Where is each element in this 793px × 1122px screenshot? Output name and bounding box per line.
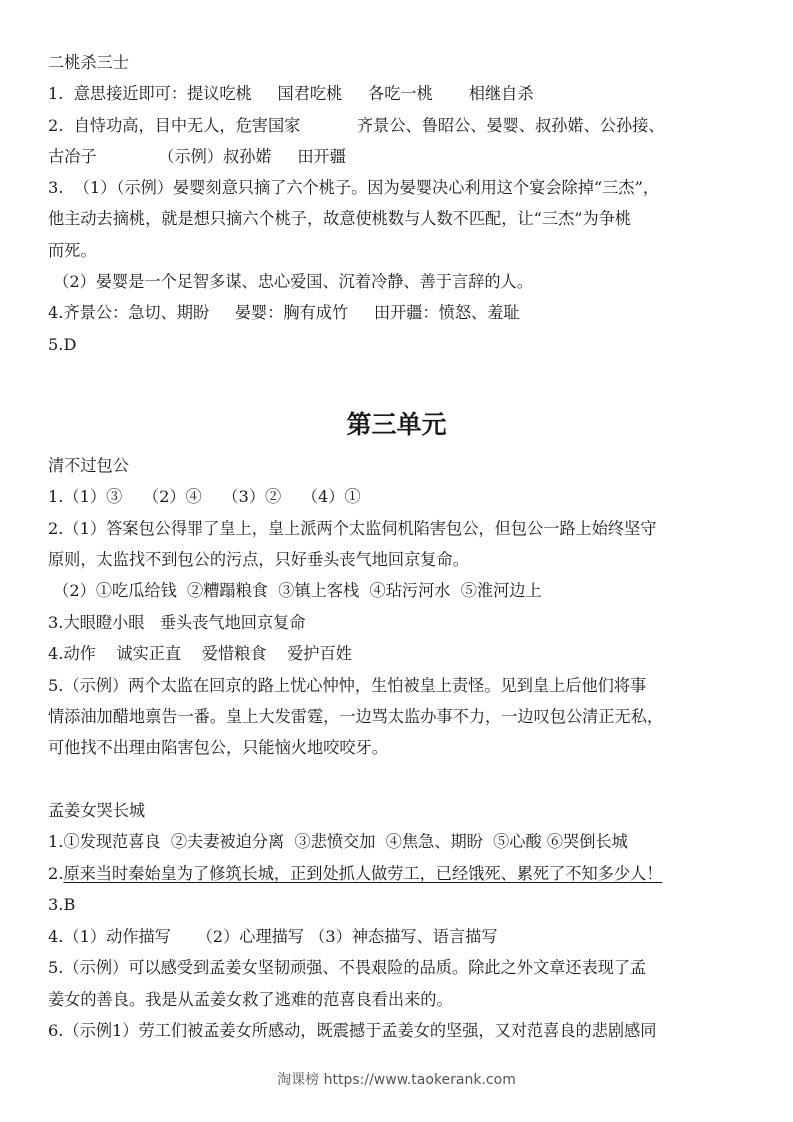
footer-watermark: 淘课榜 https://www.taokerank.com: [0, 1070, 793, 1090]
answer-line: 1. 意思接近即可：提议吃桃 国君吃桃 各吃一桃 相继自杀: [48, 83, 534, 105]
answer-line: （2）晏婴是一个足智多谋、忠心爱国、沉着冷静、善于言辞的人。: [48, 271, 533, 293]
section-title-mengjiangnu: 孟姜女哭长城: [48, 800, 145, 822]
document-page: 二桃杀三士 1. 意思接近即可：提议吃桃 国君吃桃 各吃一桃 相继自杀 2. 自…: [0, 0, 793, 1122]
answer-line: 姜女的善良。我是从孟姜女救了逃难的范喜良看出来的。: [48, 989, 453, 1011]
answer-line: 而死。: [48, 240, 97, 262]
answer-line: 4.动作 诚实正直 爱惜粮食 爱护百姓: [48, 643, 352, 665]
answer-line: 2. 自恃功高，目中无人，危害国家 齐景公、鲁昭公、晏婴、叔孙婼、公孙接、: [48, 115, 665, 137]
section-title-baogong: 清不过包公: [48, 455, 129, 477]
answer-line: 原则，太监找不到包公的污点，只好垂头丧气地回京复命。: [48, 549, 469, 571]
line-prefix: 2.: [48, 864, 63, 883]
answer-line: 4.齐景公：急切、期盼 晏婴：胸有成竹 田开疆：愤怒、羞耻: [48, 302, 520, 324]
answer-line: 6.（示例1）劳工们被孟姜女所感动，既震撼于孟姜女的坚强，又对范喜良的悲剧感同: [48, 1020, 657, 1042]
answer-line: 1.①发现范喜良 ②夫妻被迫分离 ③悲愤交加 ④焦急、期盼 ⑤心酸 ⑥哭倒长城: [48, 831, 628, 853]
answer-line: 3. （1）（示例）晏婴刻意只摘了六个桃子。因为晏婴决心利用这个宴会除掉“三杰”…: [48, 177, 659, 199]
answer-line: 5.D: [48, 334, 76, 356]
answer-line: 他主动去摘桃，就是想只摘六个桃子，故意使桃数与人数不匹配，让“三杰”为争桃: [48, 208, 631, 230]
answer-line-underlined: 2.原来当时秦始皇为了修筑长城，正到处抓人做劳工，已经饿死、累死了不知多少人！: [48, 863, 662, 885]
answer-line: 可他找不出理由陷害包公，只能恼火地咬咬牙。: [48, 737, 388, 759]
underlined-answer: 原来当时秦始皇为了修筑长城，正到处抓人做劳工，已经饿死、累死了不知多少人！: [63, 864, 662, 883]
answer-line: 3.大眼瞪小眼 垂头丧气地回京复命: [48, 612, 306, 634]
answer-line: 古冶子 （示例）叔孙婼 田开疆: [48, 146, 346, 168]
answer-line: 4.（1）动作描写 （2）心理描写 （3）神态描写、语言描写: [48, 926, 498, 948]
answer-line: 3.B: [48, 894, 75, 916]
answer-line: 1.（1）③ （2）④ （3）② （4）①: [48, 486, 361, 508]
answer-line: 5.（示例）两个太监在回京的路上忧心忡忡，生怕被皇上责怪。见到皇上后他们将事: [48, 675, 646, 697]
section-title-ertao: 二桃杀三士: [48, 52, 129, 74]
answer-line: 5.（示例）可以感受到孟姜女坚韧顽强、不畏艰险的品质。除此之外文章还表现了孟: [48, 957, 646, 979]
answer-line: （2）①吃瓜给钱 ②糟蹋粮食 ③镇上客栈 ④玷污河水 ⑤淮河边上: [48, 580, 542, 602]
answer-line: 2.（1）答案包公得罪了皇上，皇上派两个太监伺机陷害包公，但包公一路上始终坚守: [48, 518, 657, 540]
unit-title: 第三单元: [0, 408, 793, 442]
answer-line: 情添油加醋地禀告一番。皇上大发雷霆，一边骂太监办事不力，一边叹包公清正无私，: [48, 706, 663, 728]
